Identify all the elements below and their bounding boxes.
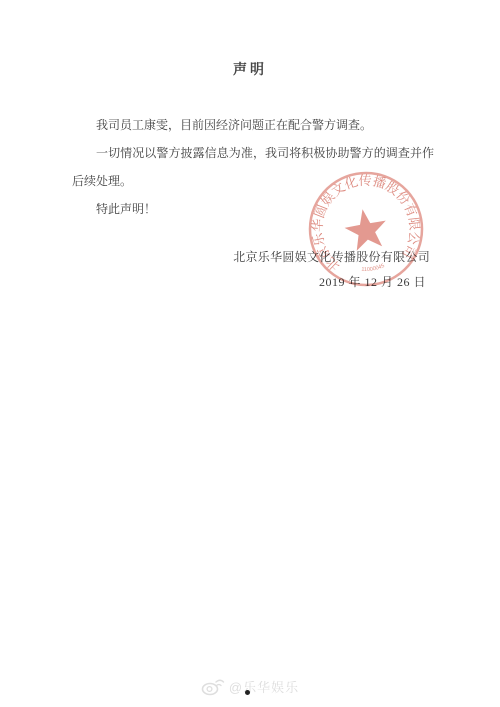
statement-document: 声明 我司员工康雯，目前因经济问题正在配合警方调查。 一切情况以警方披露信息为准… — [0, 0, 500, 707]
company-signature: 北京乐华圆娱文化传播股份有限公司 — [233, 249, 430, 265]
paragraph-police-disclosure: 一切情况以警方披露信息为准，我司将积极协助警方的调查并作后续处理。 — [72, 139, 434, 195]
watermark: @乐华娱乐 — [0, 676, 500, 696]
document-date: 2019 年 12 月 26 日 — [319, 274, 426, 290]
paragraph-closing: 特此声明！ — [72, 195, 434, 223]
ink-dot — [245, 690, 250, 695]
watermark-text: @乐华娱乐 — [229, 677, 299, 696]
weibo-icon — [201, 676, 225, 696]
document-title: 声明 — [0, 57, 500, 85]
paragraph-employee-investigation: 我司员工康雯，目前因经济问题正在配合警方调查。 — [72, 111, 434, 139]
document-body: 我司员工康雯，目前因经济问题正在配合警方调查。 一切情况以警方披露信息为准，我司… — [72, 111, 434, 223]
